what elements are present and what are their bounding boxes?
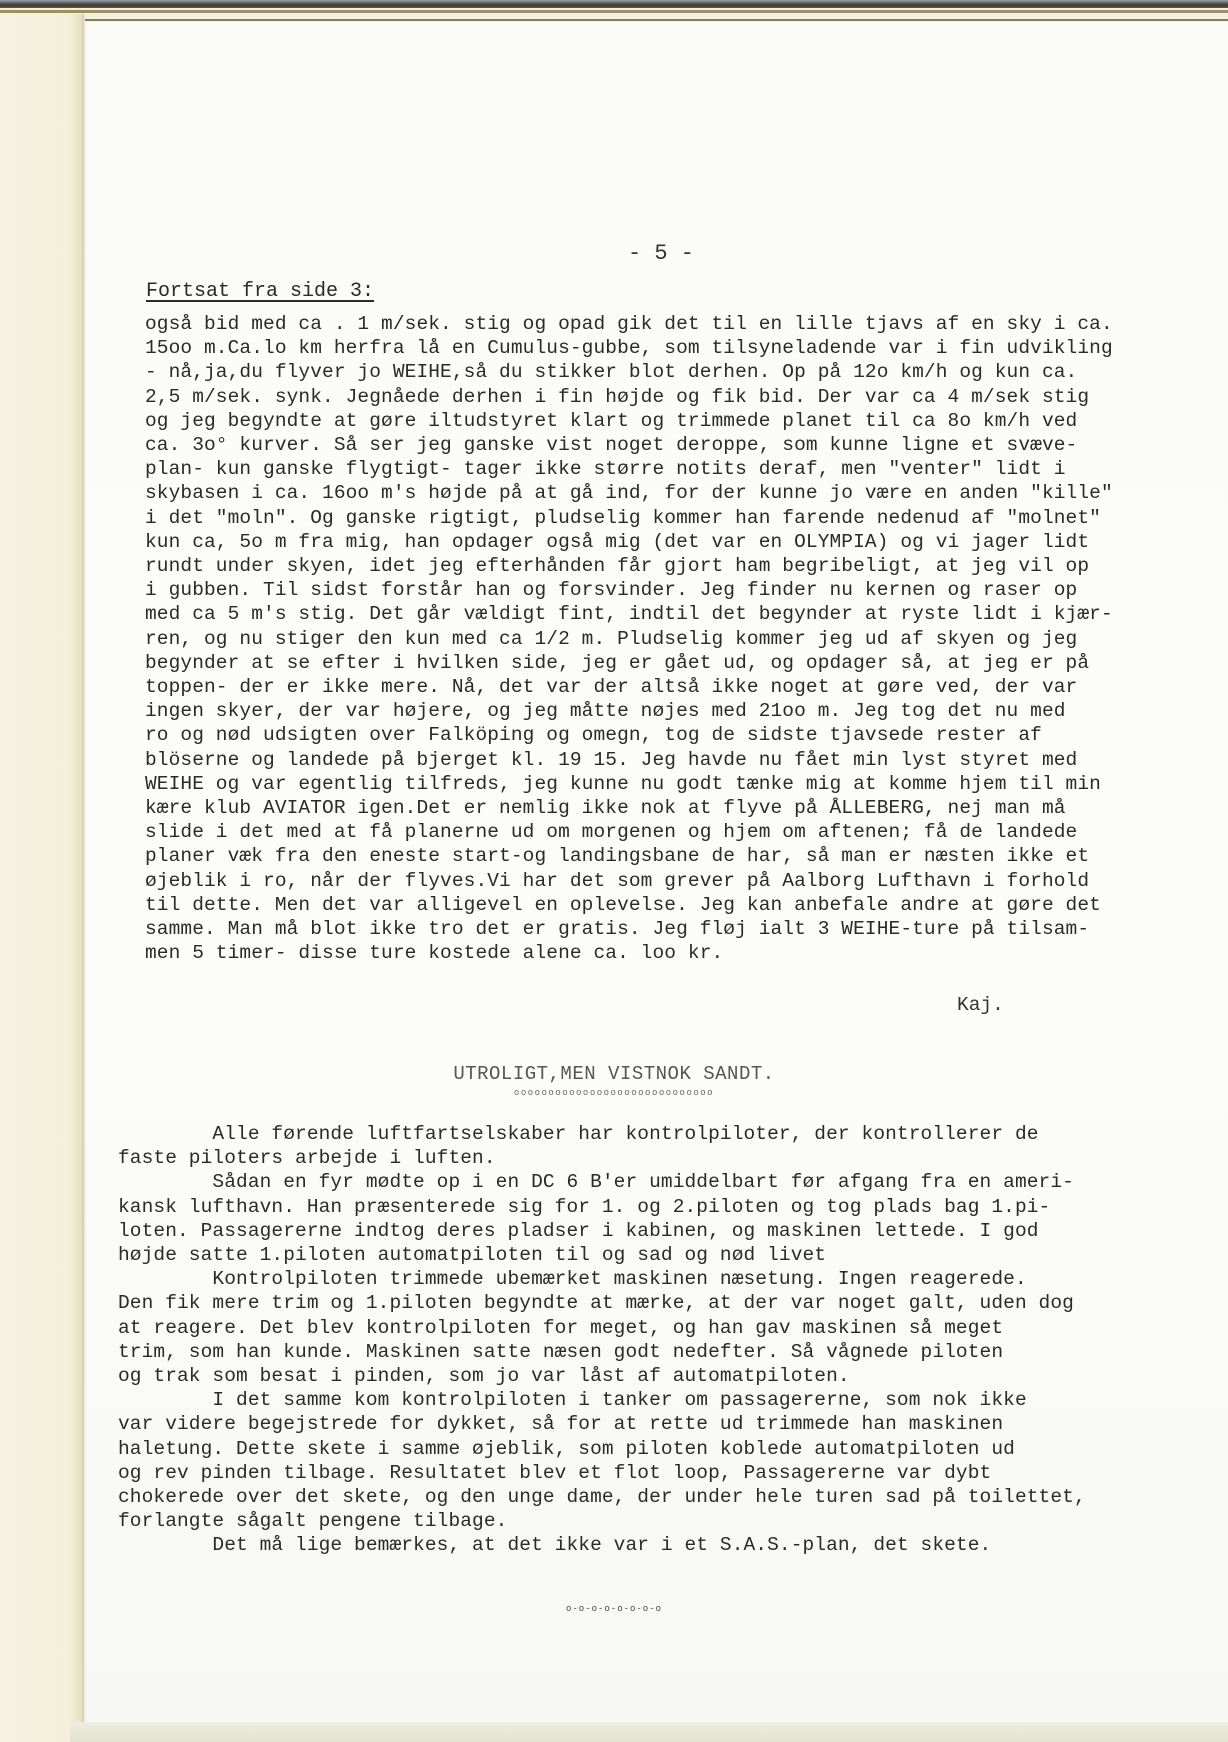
text-line: også bid med ca . 1 m/sek. stig og opad …	[145, 312, 1113, 336]
text-line: men 5 timer- disse ture kostede alene ca…	[145, 941, 1113, 965]
text-line: haletung. Dette skete i samme øjeblik, s…	[118, 1437, 1086, 1461]
scan-bottom-edge	[70, 1722, 1228, 1742]
text-line: Sådan en fyr mødte op i en DC 6 B'er umi…	[118, 1170, 1086, 1194]
article-body-flight-report: også bid med ca . 1 m/sek. stig og opad …	[145, 312, 1113, 965]
text-line: at reagere. Det blev kontrolpiloten for …	[118, 1316, 1086, 1340]
text-line: - nå,ja,du flyver jo WEIHE,så du stikker…	[145, 360, 1113, 384]
end-ornament: o-o-o-o-o-o-o-o	[0, 1604, 1228, 1614]
scan-top-edge	[0, 0, 1228, 8]
text-line: 15oo m.Ca.lo km herfra lå en Cumulus-gub…	[145, 336, 1113, 360]
text-line: planer væk fra den eneste start-og landi…	[145, 844, 1113, 868]
text-line: i gubben. Til sidst forstår han og forsv…	[145, 578, 1113, 602]
text-line: og jeg begyndte at gøre iltudstyret klar…	[145, 409, 1113, 433]
page-top-rule	[85, 19, 1228, 21]
text-line: var videre begejstrede for dykket, så fo…	[118, 1412, 1086, 1436]
text-line: trim, som han kunde. Maskinen satte næse…	[118, 1340, 1086, 1364]
binding-rule	[0, 10, 1228, 13]
text-line: slide i det med at få planerne ud om mor…	[145, 820, 1113, 844]
text-line: blöserne og landede på bjerget kl. 19 15…	[145, 748, 1113, 772]
text-line: øjeblik i ro, når der flyves.Vi har det …	[145, 869, 1113, 893]
text-line: kansk lufthavn. Han præsenterede sig for…	[118, 1195, 1086, 1219]
text-line: og trak som besat i pinden, som jo var l…	[118, 1364, 1086, 1388]
text-line: chokerede over det skete, og den unge da…	[118, 1485, 1086, 1509]
article-title-utroligt: UTROLIGT,MEN VISTNOK SANDT.	[0, 1063, 1228, 1085]
text-line: med ca 5 m's stig. Det går vældigt fint,…	[145, 602, 1113, 626]
text-line: kun ca, 5o m fra mig, han opdager også m…	[145, 530, 1113, 554]
text-line: Den fik mere trim og 1.piloten begyndte …	[118, 1291, 1086, 1315]
text-line: toppen- der er ikke mere. Nå, det var de…	[145, 675, 1113, 699]
author-signature: Kaj.	[957, 994, 1004, 1016]
text-line: Alle førende luftfartselskaber har kontr…	[118, 1122, 1086, 1146]
text-line: plan- kun ganske flygtigt- tager ikke st…	[145, 457, 1113, 481]
text-line: WEIHE og var egentlig tilfreds, jeg kunn…	[145, 772, 1113, 796]
page-number: - 5 -	[628, 241, 694, 266]
text-line: ren, og nu stiger den kun med ca 1/2 m. …	[145, 627, 1113, 651]
text-line: kære klub AVIATOR igen.Det er nemlig ikk…	[145, 796, 1113, 820]
text-line: Kontrolpiloten trimmede ubemærket maskin…	[118, 1267, 1086, 1291]
text-line: forlangte sågalt pengene tilbage.	[118, 1509, 1086, 1533]
text-line: til dette. Men det var alligevel en ople…	[145, 893, 1113, 917]
text-line: rundt under skyen, idet jeg efterhånden …	[145, 554, 1113, 578]
text-line: 2,5 m/sek. synk. Jegnåede derhen i fin h…	[145, 385, 1113, 409]
text-line: og rev pinden tilbage. Resultatet blev e…	[118, 1461, 1086, 1485]
text-line: samme. Man må blot ikke tro det er grati…	[145, 917, 1113, 941]
text-line: højde satte 1.piloten automatpiloten til…	[118, 1243, 1086, 1267]
article-body-control-pilot: Alle førende luftfartselskaber har kontr…	[118, 1122, 1086, 1558]
title-dotted-underline: ooooooooooooooooooooooooooooo	[0, 1088, 1228, 1098]
text-line: skybasen i ca. 16oo m's højde på at gå i…	[145, 481, 1113, 505]
text-line: I det samme kom kontrolpiloten i tanker …	[118, 1388, 1086, 1412]
text-line: ca. 3o° kurver. Så ser jeg ganske vist n…	[145, 433, 1113, 457]
text-line: Det må lige bemærkes, at det ikke var i …	[118, 1533, 1086, 1557]
text-line: i det "moln". Og ganske rigtigt, pludsel…	[145, 506, 1113, 530]
text-line: faste piloters arbejde i luften.	[118, 1146, 1086, 1170]
text-line: ro og nød udsigten over Falköping og ome…	[145, 723, 1113, 747]
text-line: begynder at se efter i hvilken side, jeg…	[145, 651, 1113, 675]
previous-page-edge	[0, 14, 84, 1742]
continuation-heading: Fortsat fra side 3:	[146, 280, 374, 303]
text-line: ingen skyer, der var højere, og jeg mått…	[145, 699, 1113, 723]
text-line: loten. Passagererne indtog deres pladser…	[118, 1219, 1086, 1243]
